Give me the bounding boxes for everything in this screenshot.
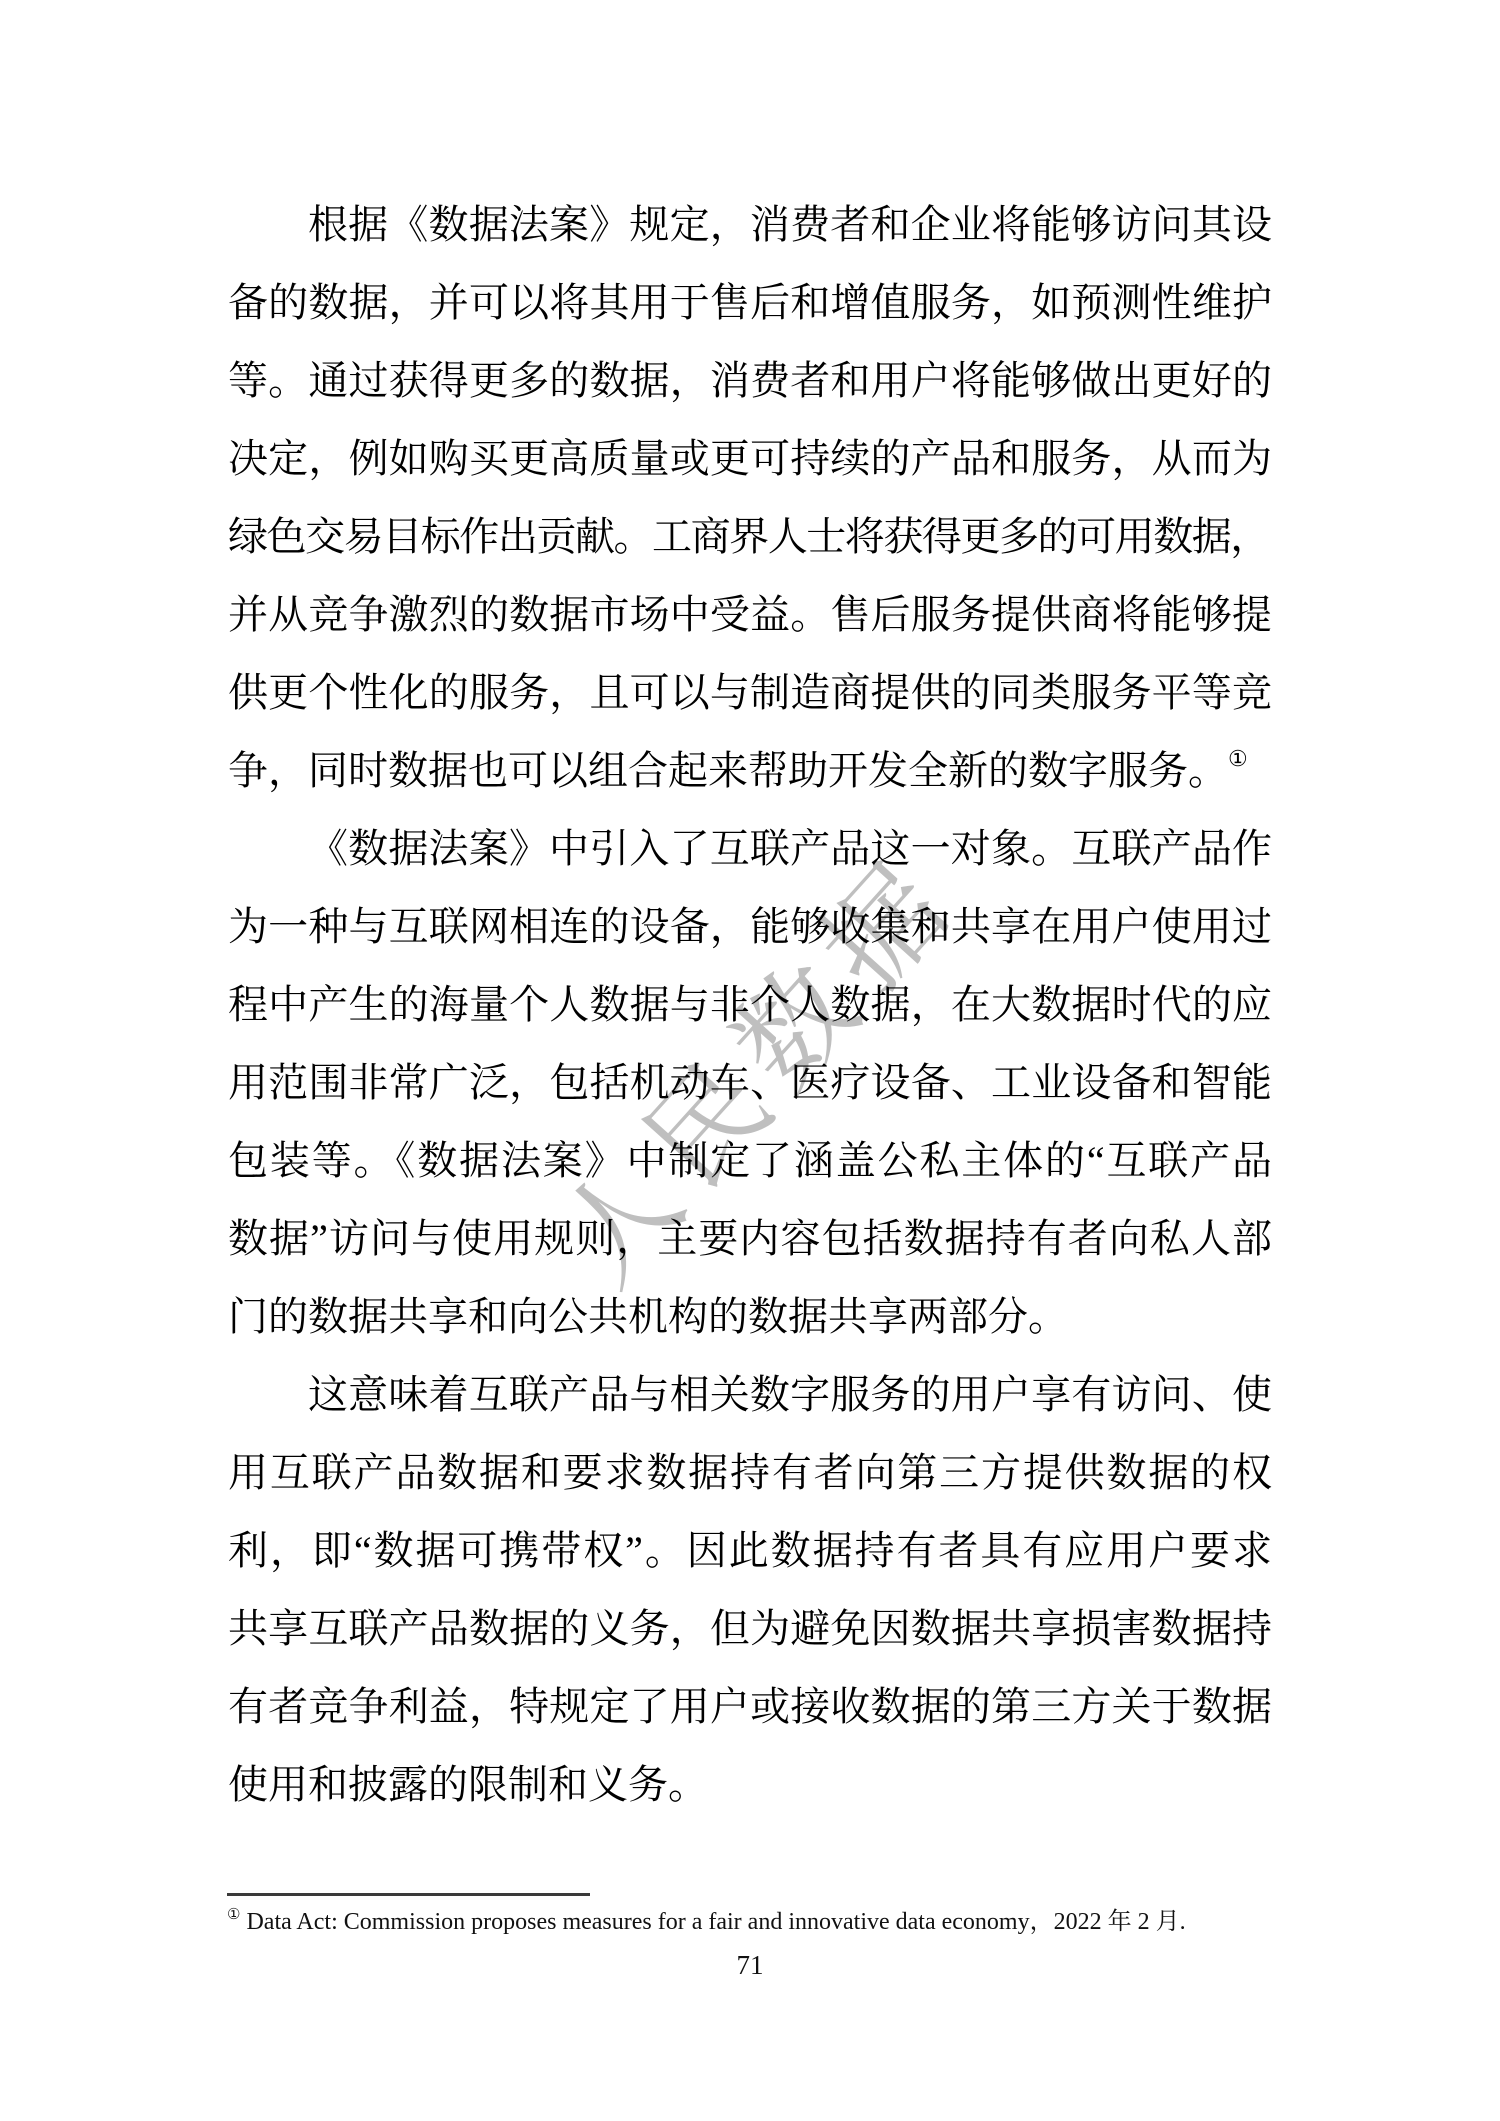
- footnote: ①Data Act: Commission proposes measures …: [227, 1905, 1367, 1939]
- text-line: 根据《数据法案》规定，消费者和企业将能够访问其设: [228, 186, 1272, 264]
- text-line: 争，同时数据也可以组合起来帮助开发全新的数字服务。①: [228, 732, 1272, 810]
- text-line: 备的数据，并可以将其用于售后和增值服务，如预测性维护: [228, 264, 1272, 342]
- text-line: 数据”访问与使用规则，主要内容包括数据持有者向私人部: [228, 1200, 1272, 1278]
- text-line: 使用和披露的限制和义务。: [228, 1746, 1272, 1824]
- text-line: 程中产生的海量个人数据与非个人数据，在大数据时代的应: [228, 966, 1272, 1044]
- document-page: 人民数据 根据《数据法案》规定，消费者和企业将能够访问其设 备的数据，并可以将其…: [0, 0, 1500, 2121]
- text-line: 决定，例如购买更高质量或更可持续的产品和服务，从而为: [228, 420, 1272, 498]
- text-line: 用互联产品数据和要求数据持有者向第三方提供数据的权: [228, 1434, 1272, 1512]
- footnote-separator: [227, 1893, 590, 1896]
- footnote-reference-mark: ①: [1228, 746, 1248, 771]
- text-line: 《数据法案》中引入了互联产品这一对象。互联产品作: [228, 810, 1272, 888]
- text-line: 门的数据共享和向公共机构的数据共享两部分。: [228, 1278, 1272, 1356]
- text-line: 供更个性化的服务，且可以与制造商提供的同类服务平等竞: [228, 654, 1272, 732]
- body-text-block: 根据《数据法案》规定，消费者和企业将能够访问其设 备的数据，并可以将其用于售后和…: [228, 186, 1272, 1824]
- text-line: 绿色交易目标作出贡献。工商界人士将获得更多的可用数据，: [228, 498, 1272, 576]
- text-line: 用范围非常广泛，包括机动车、医疗设备、工业设备和智能: [228, 1044, 1272, 1122]
- text-line: 共享互联产品数据的义务，但为避免因数据共享损害数据持: [228, 1590, 1272, 1668]
- text-line-content: 争，同时数据也可以组合起来帮助开发全新的数字服务。: [228, 748, 1228, 793]
- footnote-text: Data Act: Commission proposes measures f…: [240, 1909, 1185, 1935]
- text-line: 为一种与互联网相连的设备，能够收集和共享在用户使用过: [228, 888, 1272, 966]
- text-line: 利，即“数据可携带权”。因此数据持有者具有应用户要求: [228, 1512, 1272, 1590]
- text-line: 等。通过获得更多的数据，消费者和用户将能够做出更好的: [228, 342, 1272, 420]
- page-number: 71: [0, 1950, 1500, 1981]
- text-line: 并从竞争激烈的数据市场中受益。售后服务提供商将能够提: [228, 576, 1272, 654]
- text-line: 包装等。《数据法案》中制定了涵盖公私主体的“互联产品: [228, 1122, 1272, 1200]
- text-line: 这意味着互联产品与相关数字服务的用户享有访问、使: [228, 1356, 1272, 1434]
- footnote-marker: ①: [227, 1907, 240, 1923]
- text-line: 有者竞争利益，特规定了用户或接收数据的第三方关于数据: [228, 1668, 1272, 1746]
